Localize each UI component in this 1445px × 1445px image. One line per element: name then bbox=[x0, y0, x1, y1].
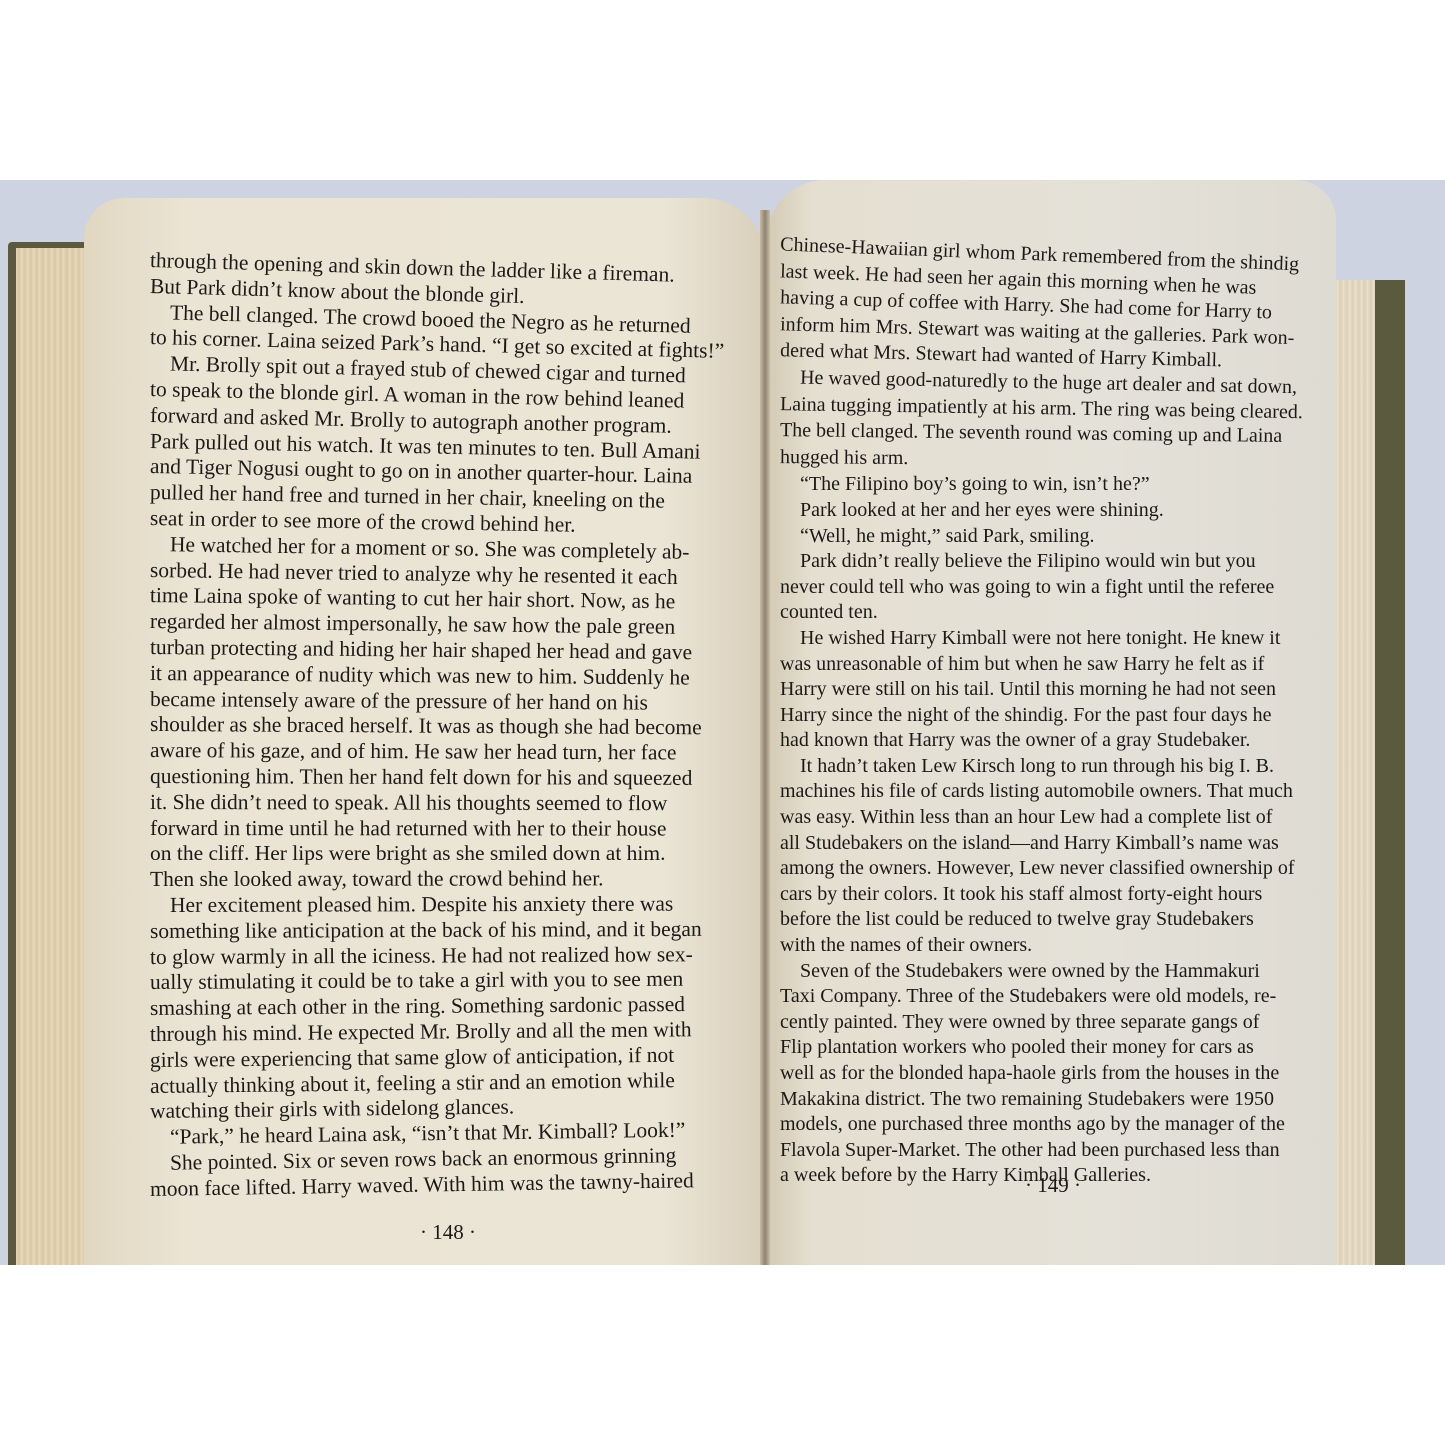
page-number-149: · 149 · bbox=[1025, 1173, 1081, 1198]
book-gutter bbox=[760, 210, 770, 1265]
text-line: forward in time until he had returned wi… bbox=[150, 816, 735, 842]
text-line: it. She didn’t need to speak. All his th… bbox=[150, 790, 735, 817]
page-number-148: · 148 · bbox=[420, 1220, 476, 1245]
text-line: aware of his gaze, and of him. He saw he… bbox=[150, 738, 735, 767]
text-line: It hadn’t taken Lew Kirsch long to run t… bbox=[780, 754, 1280, 780]
text-line: Flip plantation workers who pooled their… bbox=[780, 1035, 1280, 1061]
text-line: well as for the blonded hapa-haole girls… bbox=[780, 1061, 1280, 1087]
text-line: “The Filipino boy’s going to win, isn’t … bbox=[780, 472, 1280, 498]
text-line: had known that Harry was the owner of a … bbox=[780, 728, 1280, 754]
text-line: hugged his arm. bbox=[780, 445, 1280, 474]
text-line: Then she looked away, toward the crowd b… bbox=[150, 866, 735, 893]
text-line: Makakina district. The two remaining Stu… bbox=[780, 1087, 1280, 1113]
text-line: cently painted. They were owned by three… bbox=[780, 1010, 1280, 1036]
text-line: shoulder as she braced herself. It was a… bbox=[150, 712, 735, 741]
text-line: on the cliff. Her lips were bright as sh… bbox=[150, 841, 735, 867]
text-line: questioning him. Then her hand felt down… bbox=[150, 764, 735, 792]
text-line: Seven of the Studebakers were owned by t… bbox=[780, 959, 1280, 985]
book-photo: through the opening and skin down the la… bbox=[0, 180, 1445, 1265]
text-line: with the names of their owners. bbox=[780, 933, 1280, 959]
text-line: Park looked at her and her eyes were shi… bbox=[780, 498, 1280, 524]
text-line: was unreasonable of him but when he saw … bbox=[780, 652, 1280, 678]
text-line: something like anticipation at the back … bbox=[150, 916, 735, 944]
text-line: never could tell who was going to win a … bbox=[780, 575, 1280, 601]
left-page-text: through the opening and skin down the la… bbox=[150, 248, 735, 1202]
text-line: Taxi Company. Three of the Studebakers w… bbox=[780, 984, 1280, 1010]
text-line: models, one purchased three months ago b… bbox=[780, 1112, 1280, 1138]
text-line: before the list could be reduced to twel… bbox=[780, 907, 1280, 933]
right-page-text: Chinese-Hawaiian girl whom Park remember… bbox=[780, 242, 1280, 1189]
text-line: all Studebakers on the island—and Harry … bbox=[780, 831, 1280, 857]
text-line: Park didn’t really believe the Filipino … bbox=[780, 549, 1280, 575]
text-line: “Well, he might,” said Park, smiling. bbox=[780, 524, 1280, 550]
text-line: He wished Harry Kimball were not here to… bbox=[780, 626, 1280, 652]
text-line: was easy. Within less than an hour Lew h… bbox=[780, 805, 1280, 831]
text-line: Harry since the night of the shindig. Fo… bbox=[780, 703, 1280, 729]
text-line: Her excitement pleased him. Despite his … bbox=[150, 891, 735, 918]
text-line: counted ten. bbox=[780, 600, 1280, 626]
text-line: Flavola Super-Market. The other had been… bbox=[780, 1138, 1280, 1164]
text-line: machines his file of cards listing autom… bbox=[780, 779, 1280, 805]
text-line: cars by their colors. It took his staff … bbox=[780, 882, 1280, 908]
text-line: among the owners. However, Lew never cla… bbox=[780, 856, 1280, 882]
text-line: Harry were still on his tail. Until this… bbox=[780, 677, 1280, 703]
